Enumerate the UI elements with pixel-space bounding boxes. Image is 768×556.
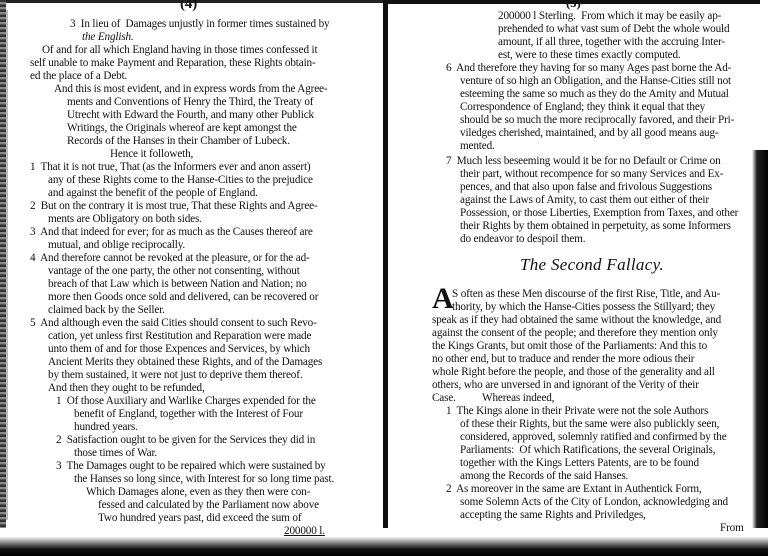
text-line: benefit of England, together with the In… [74,408,303,421]
text-line: Hence it followeth, [110,148,193,161]
list-item: 4 And therefore cannot be revoked at the… [30,252,310,265]
text-line: ments and Conventions of Henry the Third… [67,96,313,109]
text-line: Writings, the Originals whereof are kept… [67,122,297,135]
text-line: whole Right before the people, and those… [432,366,715,379]
text-line: esteeming the same so much as they do th… [460,88,729,101]
text-line: Parliaments: Of which Ratifications, the… [460,444,715,457]
text-line: considered, approved, solemnly ratified … [460,431,727,444]
text-line: Utrecht with Edward the Fourth, and many… [67,109,314,122]
catchword: From [720,522,744,535]
text-line: Possession, or those Liberties, Exemptio… [460,207,738,220]
text-line: cation, yet unless first Restitution and… [48,330,311,343]
list-item: 1 Of those Auxiliary and Warlike Charges… [56,395,316,408]
list-item: 3 The Damages ought to be repaired which… [56,460,326,473]
text-line: 3 In lieu of Damages unjustly in former … [70,18,329,31]
text-line: 200000 l. [284,525,325,538]
list-item: 2 As moreover in the same are Extant in … [446,483,702,496]
text-line: viledges cherished, maintained, and by a… [460,127,718,140]
text-line: fessed and calculated by the Parliament … [98,499,319,512]
page-number: (5) [566,0,581,9]
list-item: 1 That it is not true, That (as the Info… [30,161,310,174]
right-page-edge [752,150,768,556]
text-line: others, who are unversed in and ignorant… [432,379,699,392]
text-line: Correspondence of England; they think it… [460,101,705,114]
text-line: their Rights by them obtained in perpetu… [460,220,731,233]
text-line: breach of that Law which is between Nati… [48,278,307,291]
text-line: Two hundred years past, did exceed the s… [98,512,301,525]
list-item: 1 The Kings alone in their Private were … [446,405,708,418]
binding-gutter [383,0,388,530]
right-edge-paper [760,0,768,150]
list-item: 5 And although even the said Cities shou… [30,317,317,330]
page-number: (4) [180,0,197,11]
text-line: S often as these Men discourse of the fi… [452,288,720,301]
text-line: thority, by which the Hanse-Cities posse… [452,301,715,314]
text-line: mutual, and oblige reciprocally. [48,239,185,252]
text-line: And then they ought to be refunded, [48,382,205,395]
text-line: should be so much the more reciprocally … [460,114,734,127]
text-line: of these their Rights, but the same were… [460,418,719,431]
text-line: amount, if all three, together with the … [498,36,725,49]
text-line: by them sustained, it were not just to d… [48,369,302,382]
text-line: against the Laws of Amity, to cast them … [460,194,709,207]
text-line: Records of the Hanses in their Chamber o… [67,135,290,148]
text-line: together with the Kings Letters Patents,… [460,457,699,470]
text-line: accepting the same Rights and Priviledge… [460,509,646,522]
text-line: against the consent of the people; and t… [432,327,718,340]
list-item: 3 And that indeed for ever; for as much … [30,226,313,239]
left-page-edge-inner [6,10,8,520]
text-line: ments are Obligatory on both sides. [48,213,202,226]
text-line: and against the benefit of the people of… [48,187,258,200]
list-item: 2 But on the contrary it is most true, T… [30,200,318,213]
text-line: self unable to make Payment and Reparati… [30,57,316,70]
text-line: pences, and that also upon false and fri… [460,181,712,194]
text-line: Which Damages alone, even as they then w… [86,486,310,499]
book-spread: (4) 3 In lieu of Damages unjustly in for… [0,0,768,556]
list-item: 7 Much less beseeming would it be for no… [446,155,721,168]
text-line: some Solemn Acts of the City of London, … [460,496,728,509]
text-line: ed the place of a Debt. [30,70,127,83]
text-line: more then Goods once sold and delivered,… [48,291,318,304]
bottom-page-edge [0,528,768,556]
text-line: mented. [460,140,495,153]
text-line: speak as if they had obtained the same w… [432,314,721,327]
text-line: 200000 l Sterling. From which it may be … [498,10,721,23]
text-line: venture of so high an Obligation, and th… [460,75,731,88]
text-line: do endeavor to despoil them. [460,233,585,246]
text-line: vantage of the one party, the other not … [48,265,300,278]
drop-cap: A [432,284,454,314]
text-line: unto them of and for those Expences and … [48,343,310,356]
text-line: their part, without recompence for so ma… [460,168,723,181]
text-line: prehended to what vast sum of Debt the w… [498,23,729,36]
section-heading: The Second Fallacy. [520,258,664,271]
text-line: And this is most evident, and in express… [54,83,327,96]
text-line: the Kings Grants, but omit those of the … [432,340,707,353]
text-line: those times of War. [74,447,157,460]
text-line: est, were to these times exactly compute… [498,49,681,62]
text-line: no other end, but to traduce and render … [432,353,694,366]
text-line: the Hanses so long since, with Interest … [74,473,334,486]
list-item: 2 Satisfaction ought to be given for the… [56,434,315,447]
text-line: hundred years. [74,421,138,434]
text-line: among the Records of the said Hanses. [460,470,628,483]
text-line: Ancient Merits they obtained these Right… [48,356,322,369]
text-line: Of and for all which England having in t… [42,44,317,57]
text-line: the English. [82,31,134,44]
text-line: any of these Rights come to the Hanse-Ci… [48,174,313,187]
list-item: 6 And therefore they having for so many … [446,62,731,75]
text-line: Case. Whereas indeed, [432,392,554,405]
text-line: claimed back by the Seller. [48,304,165,317]
